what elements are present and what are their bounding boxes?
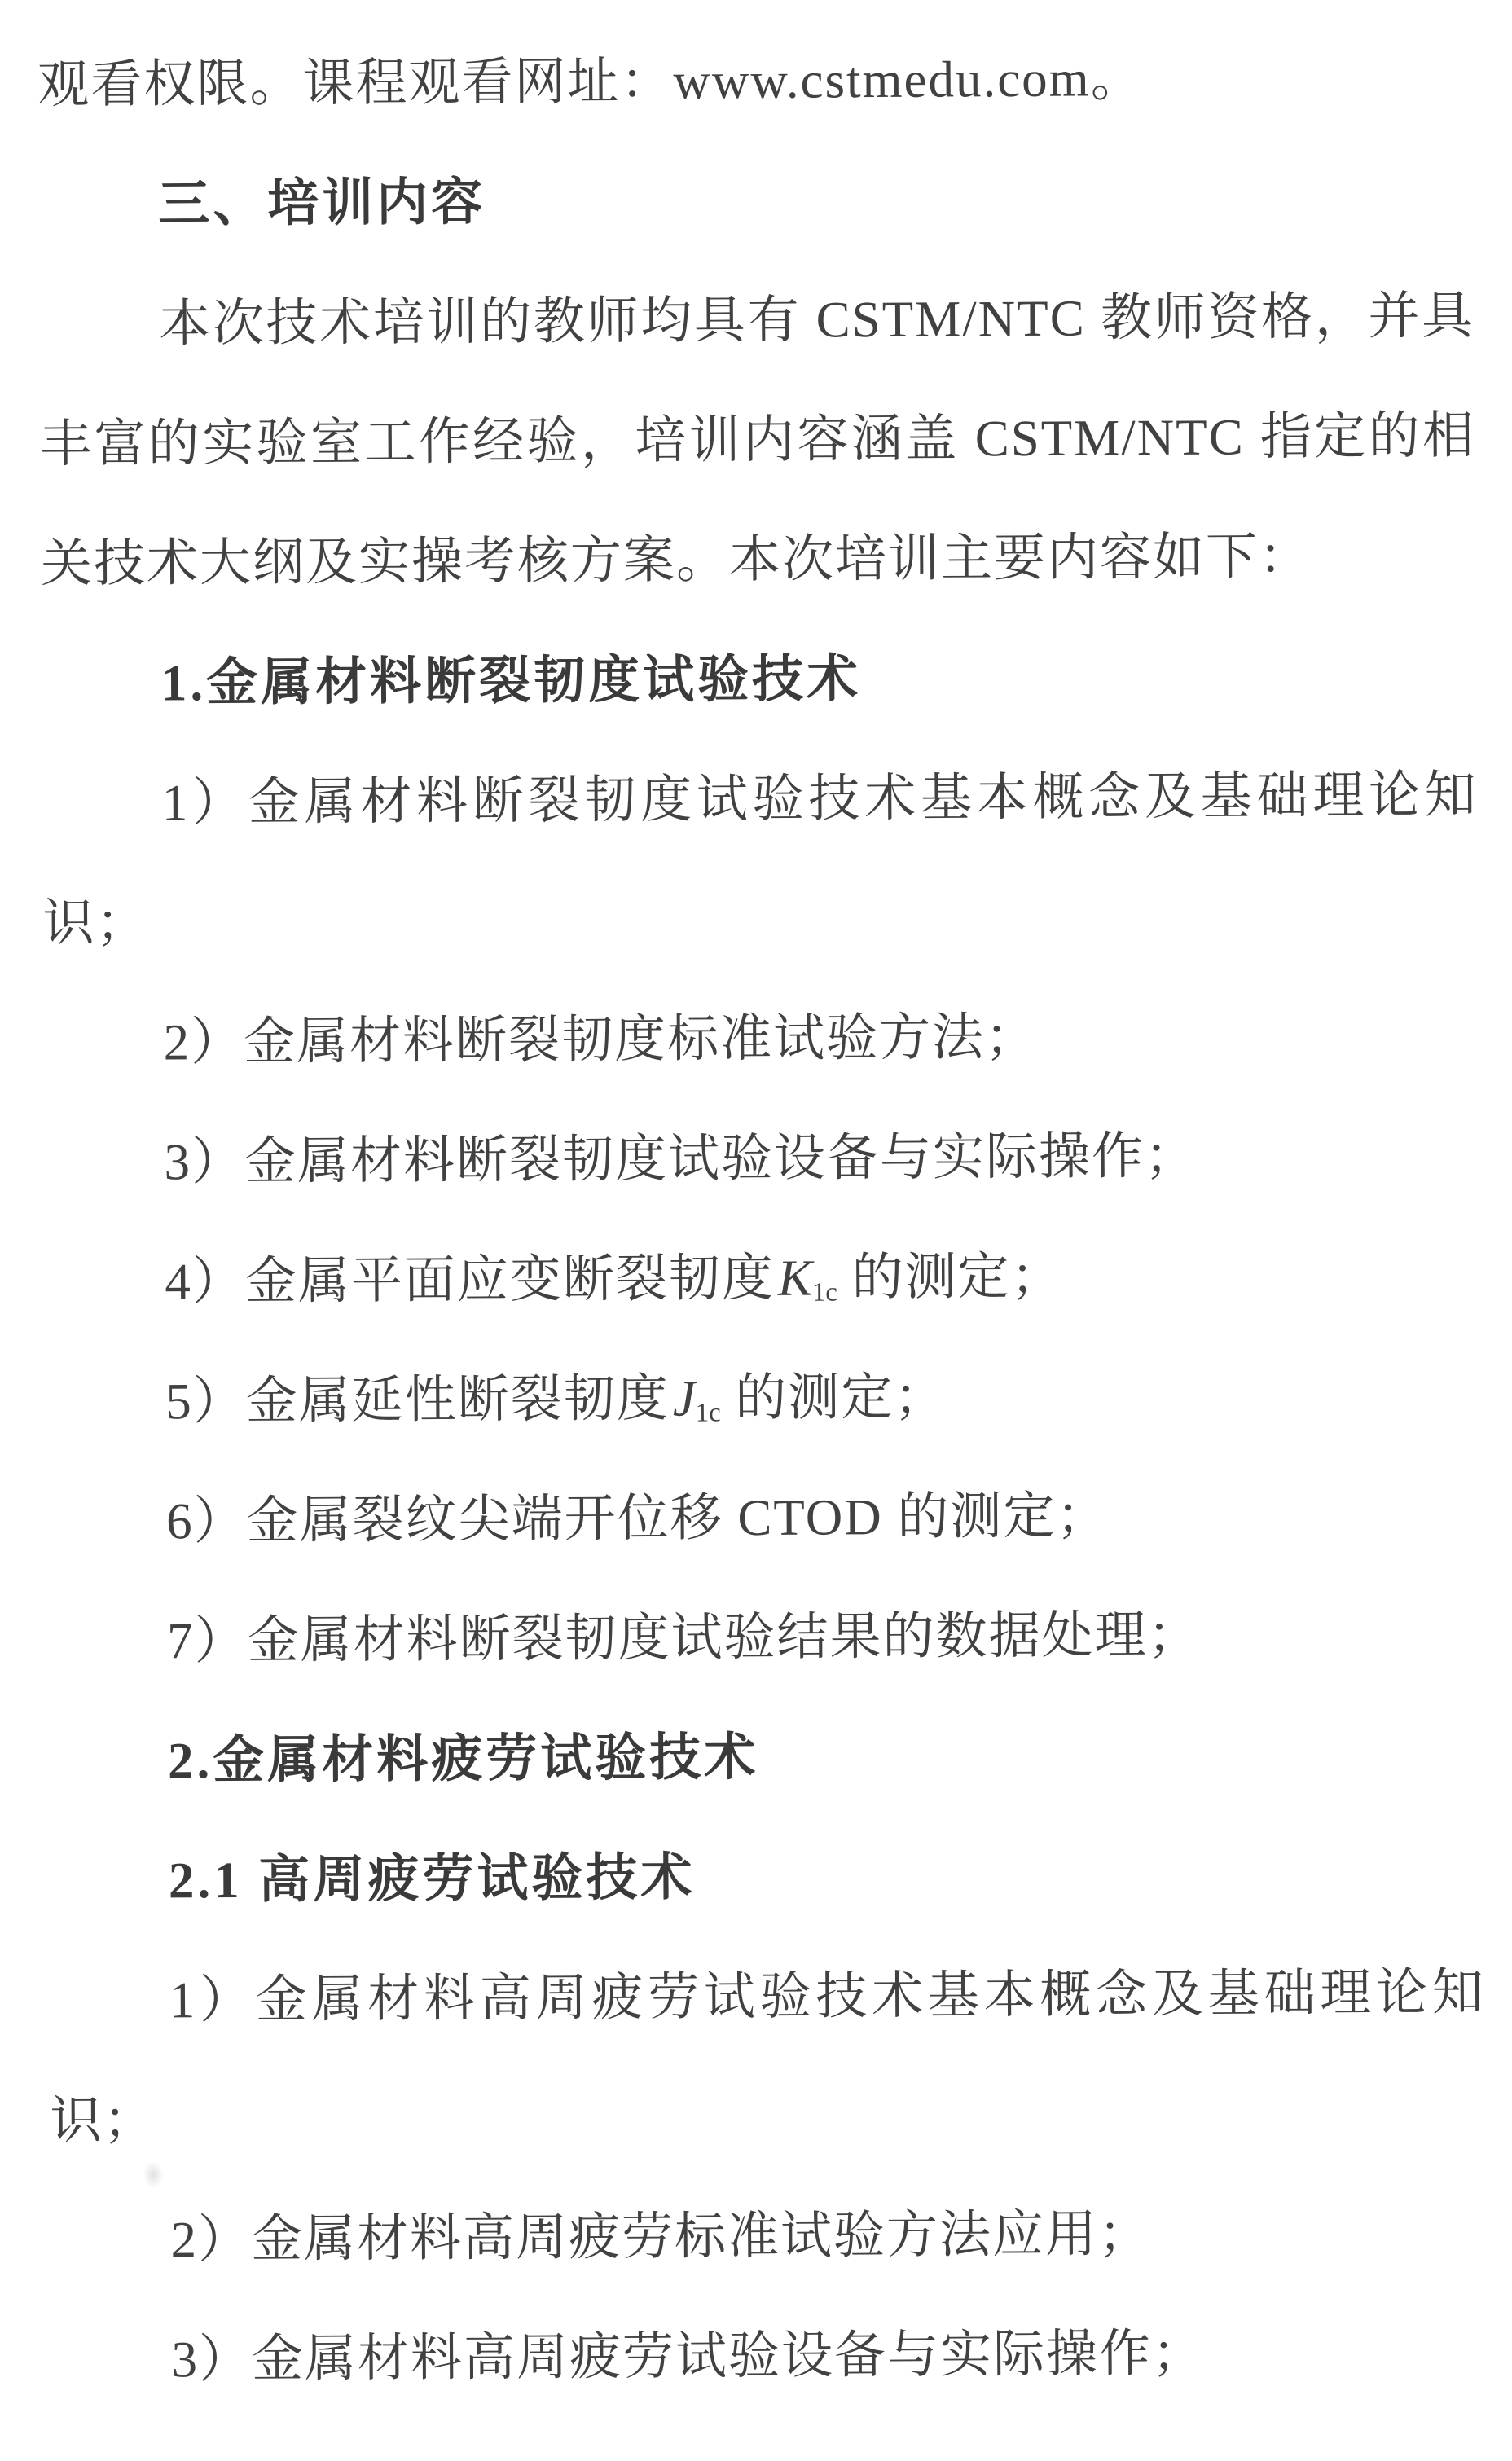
text-line: 3）金属材料断裂韧度试验设备与实际操作； [44,1095,1480,1224]
heading-line: 1.金属材料断裂韧度试验技术 [41,616,1477,745]
formula-prefix-text: 5）金属延性断裂韧度 [165,1370,670,1430]
text-line: 7）金属材料断裂韧度试验结果的数据处理； [47,1574,1483,1703]
text-line: 1）金属材料高周疲劳试验技术基本概念及基础理论知 [49,1933,1485,2062]
document-page: 观看权限。课程观看网址：www.cstmedu.com。三、培训内容本次技术培训… [0,0,1512,2461]
document-content: 观看权限。课程观看网址：www.cstmedu.com。三、培训内容本次技术培训… [0,0,1512,2421]
text-line: 5）金属延性断裂韧度J1c 的测定； [46,1334,1482,1463]
text-line: 丰富的实验室工作经验，培训内容涵盖 CSTM/NTC 指定的相 [40,376,1476,505]
heading-line: 2.1 高周疲劳试验技术 [48,1813,1484,1942]
text-line: 2）金属材料高周疲劳标准试验方法应用； [51,2173,1487,2301]
text-line: 1）金属材料断裂韧度试验技术基本概念及基础理论知 [42,736,1478,864]
text-line: 关技术大纲及实操考核方案。本次培训主要内容如下： [41,496,1477,625]
formula-suffix-text: 的测定； [720,1369,947,1427]
formula-subscript: 1c [812,1278,837,1307]
formula-suffix-text: 的测定； [837,1248,1064,1307]
text-line: 识； [50,2053,1486,2182]
formula-prefix-text: 4）金属平面应变断裂韧度 [165,1250,775,1311]
text-line: 识； [42,855,1479,984]
text-line: 6）金属裂纹尖端开位移 CTOD 的测定； [46,1454,1483,1583]
text-line: 4）金属平面应变断裂韧度K1c 的测定； [45,1215,1481,1343]
formula-symbol: J [670,1369,696,1426]
text-line: 3）金属材料高周疲劳试验设备与实际操作； [51,2292,1488,2421]
heading-line: 2.金属材料疲劳试验技术 [48,1694,1484,1822]
text-line: 观看权限。课程观看网址：www.cstmedu.com。 [37,17,1474,146]
text-line: 本次技术培训的教师均具有 CSTM/NTC 教师资格，并具 [39,257,1475,385]
formula-subscript: 1c [696,1398,721,1427]
formula-symbol: K [775,1250,812,1307]
text-line: 2）金属材料断裂韧度标准试验方法； [43,975,1479,1104]
heading-line: 三、培训内容 [38,137,1475,266]
